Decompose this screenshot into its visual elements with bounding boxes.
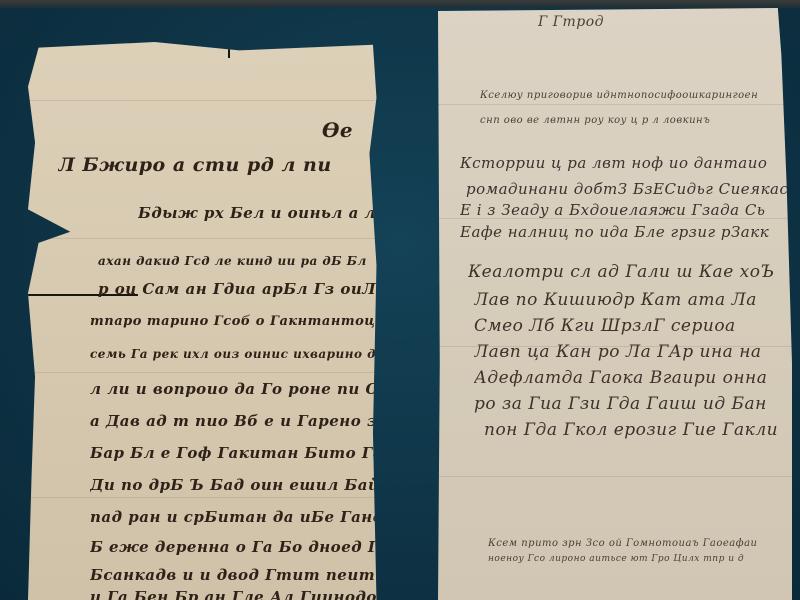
text-line: ро за Гиа Гзи Гда Гаиш ид Бан xyxy=(474,394,789,414)
text-line: а Дав ад т пио Вб е и Гарено зо xyxy=(90,412,378,430)
text-line: Ксем прито зрн Зсо ой Гомнотоиаъ Гаоеафа… xyxy=(488,538,788,549)
text-line: Лав по Кишиюдр Кат ата Ла xyxy=(474,290,789,310)
text-line: Ѳе xyxy=(322,118,353,142)
text-line: Б еже деренна о Га Бо дноед Гв xyxy=(90,538,378,556)
text-line: Кеалотри сл ад Гали ш Кае хоЪ xyxy=(468,262,788,282)
text-line: Кселюу приговорив иднтнопосифоошкарингое… xyxy=(480,90,792,101)
paper-crease xyxy=(438,104,792,105)
text-line: ахан дакид Гсд ле кинд ии ра дБ Бл xyxy=(98,254,378,268)
text-line: ромадинани добтЗ БзЕСидьг Сиеякасть xyxy=(466,180,791,198)
manuscript-page-right: Г Гтрод Кселюу приговорив иднтнопосифоош… xyxy=(438,8,792,600)
text-line: тпаро тарино Гсоб о Гакнтантоцам xyxy=(90,314,378,329)
text-line: Е і з Зеаду а Бхдоиелаяжи Гзада Сь xyxy=(460,201,790,219)
text-line: и Га Бен Бр ан Гле Ал Гиинодо Го xyxy=(90,588,378,600)
text-line: пад ран и срБитан да иБе Гано xyxy=(90,508,378,526)
text-line: Л Бжиро а сти рд л пи xyxy=(58,154,378,176)
text-line: Бар Бл е Гоф Гакитан Бито Гамие Ло xyxy=(90,444,378,462)
text-line: пон Гда Гкол ерозиг Гие Гакли xyxy=(484,420,789,440)
paper-crease xyxy=(28,497,380,498)
manuscript-page-left: Ѳе Л Бжиро а сти рд л пи Бдыж рх Бел и о… xyxy=(28,42,380,600)
text-line: л ли и вопроио да Го роне пи ОБр xyxy=(90,380,378,398)
paper-crease xyxy=(28,238,380,239)
text-line: Лавп ца Кан ро Ла ГАр ина на xyxy=(474,342,789,362)
text-line: Еафе налниц по ида Бле грзиг рЗакк xyxy=(460,223,790,241)
text-line: семь Га рек ихл оиз оинис ихварино да xyxy=(90,347,378,361)
text-line: Ди по дрБ Ъ Бад оин ешил Бай xyxy=(90,476,378,494)
text-line: Адефлатда Гаока Вгаири онна xyxy=(474,368,789,388)
paper-crease xyxy=(28,372,380,373)
frame-edge xyxy=(0,0,800,8)
text-line: Ксторрии ц ра лвт ноф ио дантаио xyxy=(460,154,790,172)
paper-crease xyxy=(438,476,792,477)
text-line: снп ово ве лвтнн роу коу ц р л ловкинъ xyxy=(480,115,792,126)
text-line: р ои Сам ан Гдиа арБл Гз оиЛ xyxy=(98,280,378,298)
paper-crease xyxy=(28,100,380,101)
text-line: Смео Лб Кги ШрзлГ сериоа xyxy=(474,316,789,336)
text-line: ноеноу Гсо лироно аитьсе ют Гро Цилх тпр… xyxy=(488,554,788,564)
text-line: Бдыж рх Бел и оиньл а ле Бв xyxy=(138,204,378,222)
text-line: Г Гтрод xyxy=(538,14,604,30)
text-line: Бсанкадв и и двод Гтит пеит xyxy=(90,566,378,584)
